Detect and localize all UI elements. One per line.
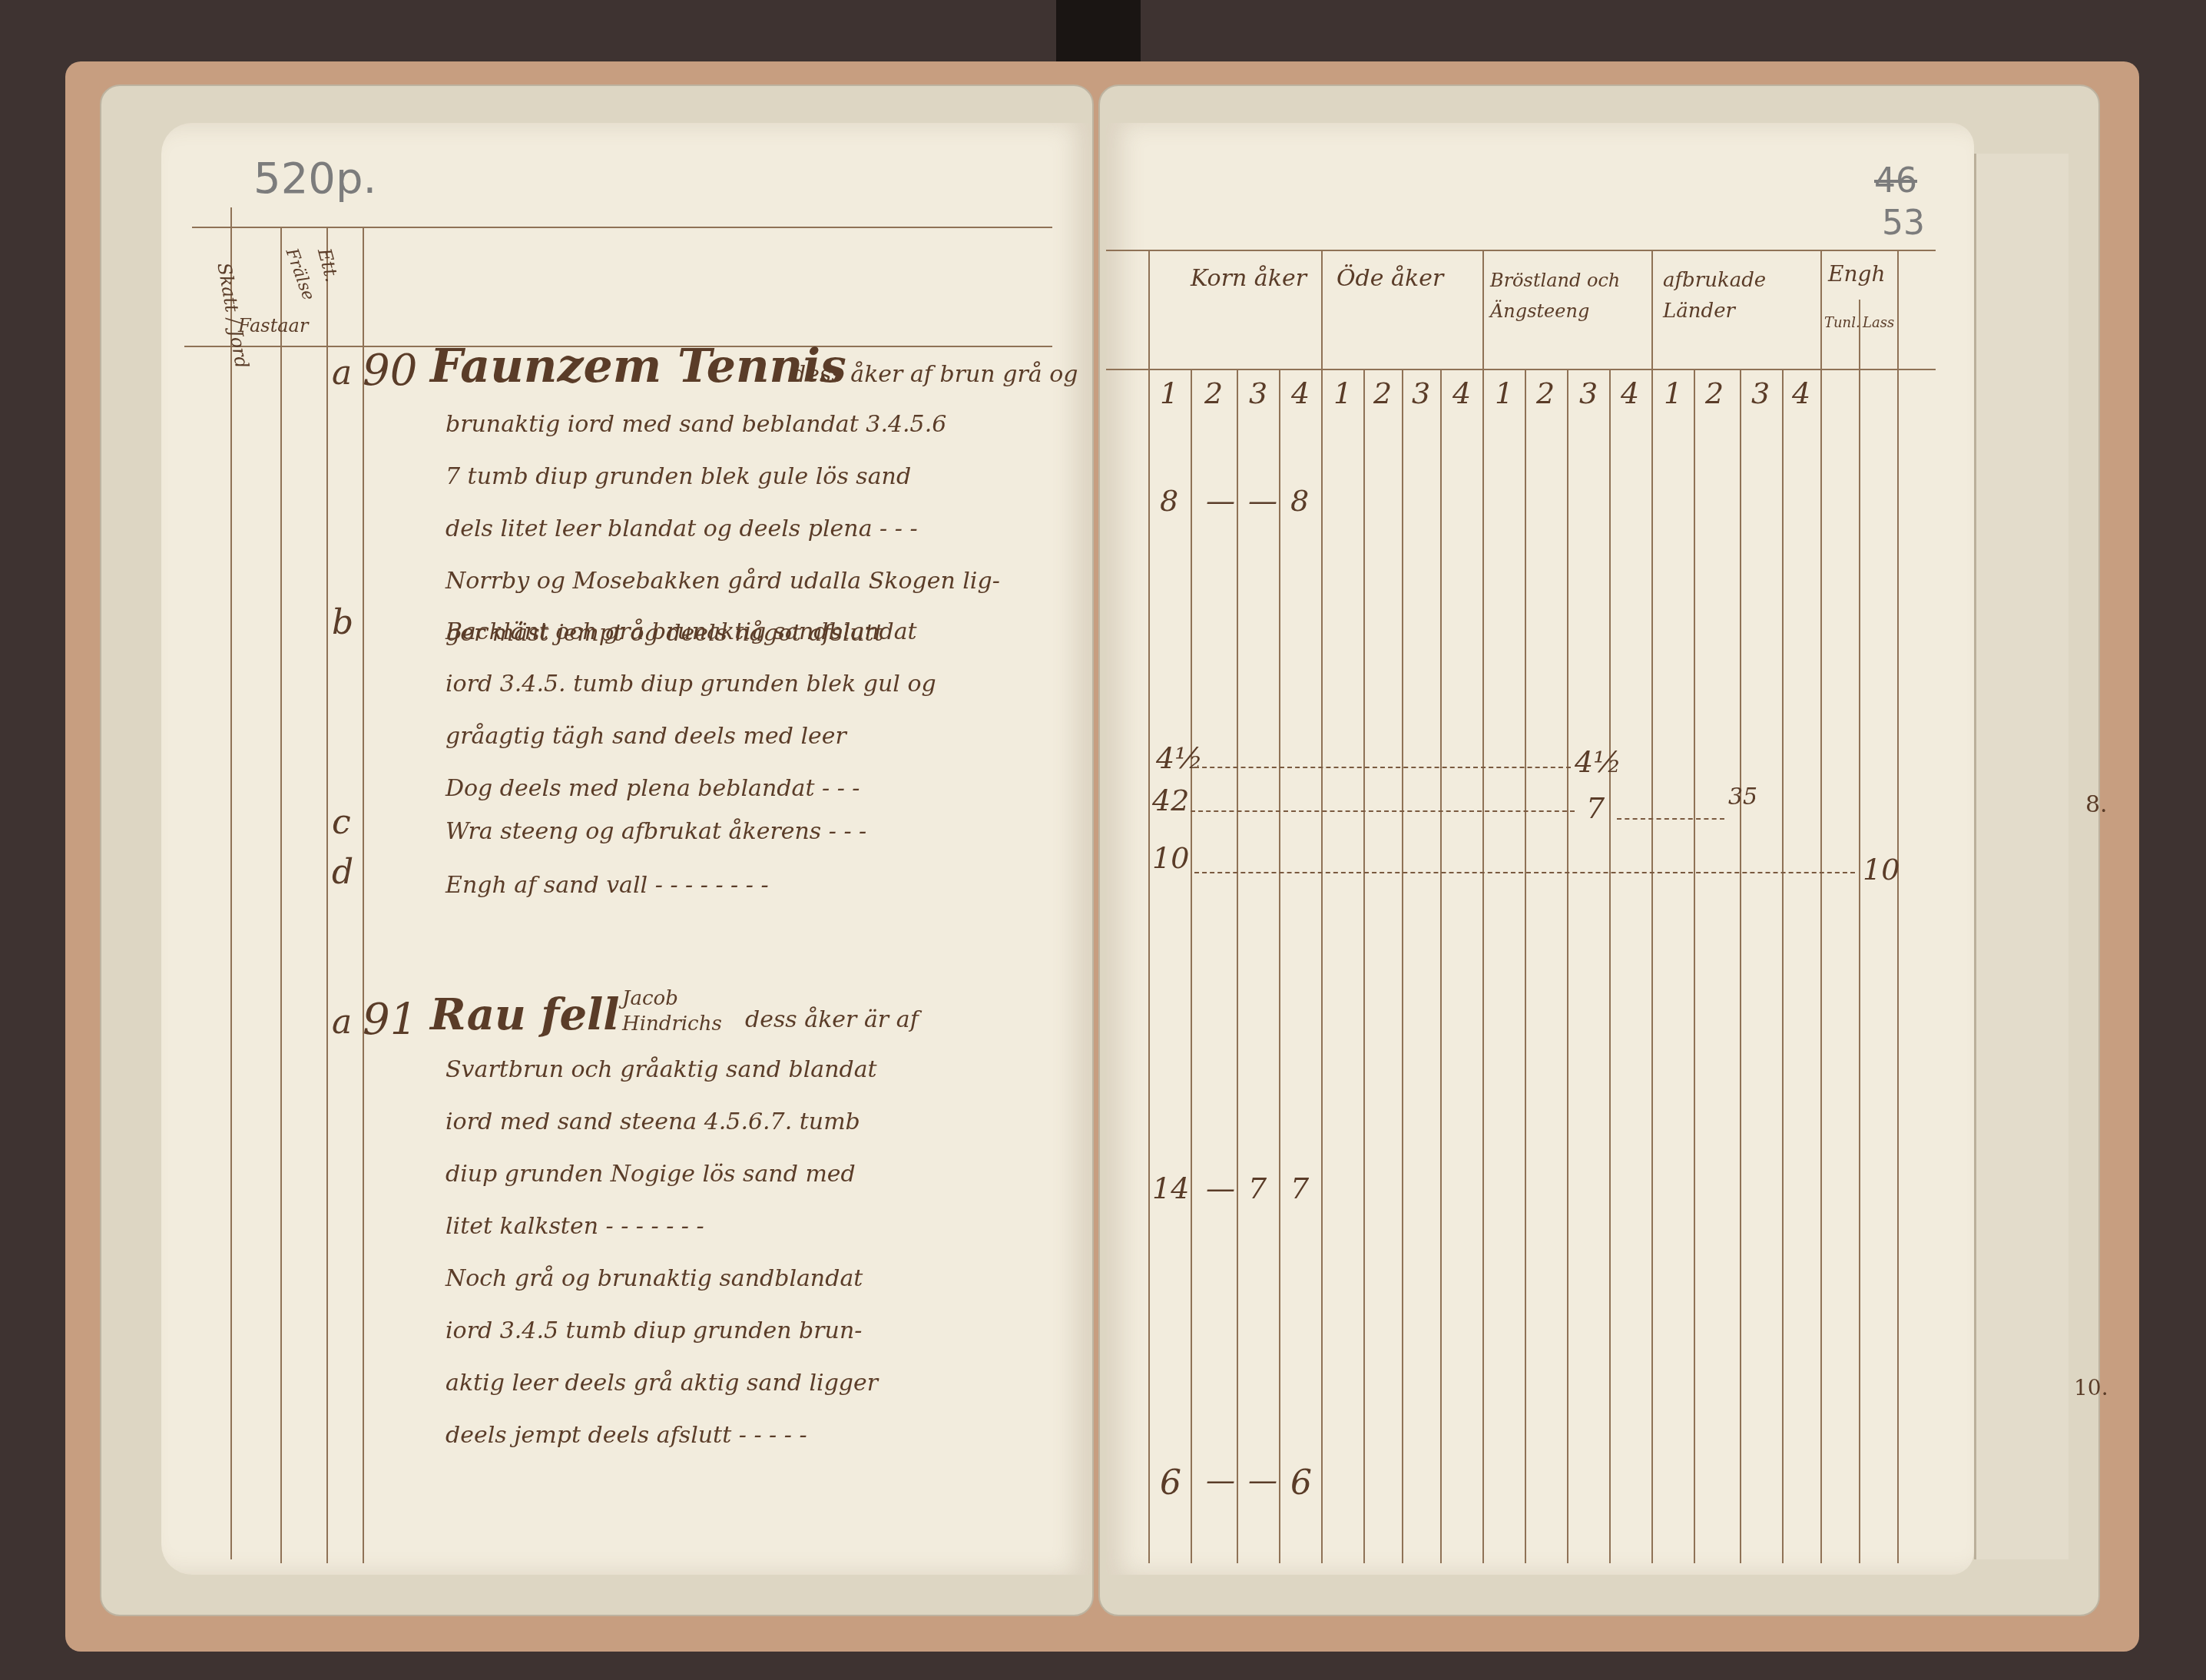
entry-name-90: Faunzem Tennis <box>430 340 846 393</box>
margin-note-10: 10. <box>2074 1375 2108 1400</box>
dash-leader <box>1191 810 1575 812</box>
pencil-folio-left: 520p. <box>253 154 376 204</box>
header-engh: Engh <box>1828 261 1885 287</box>
sub-korn-4: 4 <box>1285 376 1316 410</box>
value-91a2-c4: 6 <box>1290 1463 1312 1503</box>
pencil-folio-right: 53 <box>1882 204 1925 243</box>
dash-leader <box>1194 872 1855 873</box>
sub-korn-1: 1 <box>1154 376 1184 410</box>
part-letter-90a: a <box>332 353 352 393</box>
entry-number-91: 91 <box>363 995 417 1045</box>
column-rule <box>1525 369 1526 1563</box>
header-ett: Ett. <box>313 246 343 284</box>
column-rule <box>363 227 364 1563</box>
column-rule <box>1148 250 1150 1563</box>
column-rule <box>1237 369 1238 1563</box>
header-afbrukade: afbrukade Länder <box>1663 265 1817 326</box>
sub-brost-4: 4 <box>1615 376 1645 410</box>
sub-afbr-4: 4 <box>1786 376 1817 410</box>
column-rule <box>1651 250 1653 1563</box>
header-top-rule <box>1106 250 1936 251</box>
sub-afbr-1: 1 <box>1658 376 1688 410</box>
entry-number-90: 90 <box>363 346 417 396</box>
sub-ode-3: 3 <box>1406 376 1436 410</box>
value-90c-total: 42 <box>1152 784 1189 817</box>
column-rule <box>1440 369 1442 1563</box>
sub-afbr-3: 3 <box>1745 376 1776 410</box>
sub-korn-2: 2 <box>1198 376 1229 410</box>
sub-ode-2: 2 <box>1367 376 1398 410</box>
column-rule <box>1191 369 1192 1563</box>
sub-ode-1: 1 <box>1327 376 1358 410</box>
header-fastaar: Fastaar <box>238 315 308 336</box>
header-engh-lass: Lass <box>1863 315 1894 331</box>
header-brostland: Bröstland och Ängsteeng <box>1490 265 1644 326</box>
header-top-rule <box>192 227 1052 228</box>
column-rule <box>1482 250 1484 1563</box>
column-rule <box>230 207 232 1559</box>
value-91a2-total: 6 <box>1160 1463 1181 1503</box>
value-90c-afbrukade: 35 <box>1728 784 1757 810</box>
header-bottom-rule <box>1106 369 1936 370</box>
column-rule <box>280 227 282 1563</box>
left-page: 520p. Skatt / Jord Frälse Fastaar Ett. a… <box>161 123 1091 1575</box>
column-rule <box>1859 300 1860 1563</box>
dash-leader <box>1194 767 1571 768</box>
sub-brost-2: 2 <box>1530 376 1561 410</box>
value-90a-c4: 8 <box>1290 484 1309 518</box>
part-letter-90b: b <box>332 603 353 642</box>
value-90b-total: 4½ <box>1156 741 1203 775</box>
header-fralse: Frälse <box>282 246 319 303</box>
column-rule <box>1363 369 1365 1563</box>
column-rule <box>1402 369 1403 1563</box>
sub-ode-4: 4 <box>1446 376 1477 410</box>
pencil-folio-struck: 46 <box>1874 161 1917 200</box>
sub-afbr-2: 2 <box>1699 376 1730 410</box>
part-letter-90c: c <box>332 803 351 842</box>
value-91a1-total: 14 <box>1152 1171 1189 1205</box>
value-90c-brostland: 7 <box>1586 791 1605 825</box>
name-annotation-91-bottom: Hindrichs <box>622 1012 722 1036</box>
header-engh-tunl: Tunl. <box>1824 315 1860 331</box>
header-korn-aker: Korn åker <box>1191 265 1307 292</box>
name-annotation-91-top: Jacob <box>622 987 678 1010</box>
column-rule <box>1694 369 1695 1563</box>
sub-korn-3: 3 <box>1243 376 1274 410</box>
value-91a2-c2: — <box>1206 1463 1235 1497</box>
value-91a2-c3: — <box>1248 1463 1277 1497</box>
value-91a1-c2: — <box>1206 1171 1235 1205</box>
part-letter-90d: d <box>332 853 353 892</box>
sub-brost-3: 3 <box>1573 376 1604 410</box>
margin-note-8: 8. <box>2085 791 2108 818</box>
column-rule <box>1820 250 1822 1563</box>
value-91a1-c3: 7 <box>1248 1171 1267 1205</box>
column-rule <box>1279 369 1280 1563</box>
value-91a1-c4: 7 <box>1290 1171 1309 1205</box>
value-90d-total: 10 <box>1152 841 1189 875</box>
header-ode-aker: Öde åker <box>1337 265 1443 292</box>
value-90a-c2: — <box>1206 484 1235 518</box>
folded-page-edge <box>1974 154 2069 1559</box>
value-90a-total: 8 <box>1160 484 1178 518</box>
value-90b-brostland: 4½ <box>1575 745 1621 779</box>
column-rule <box>1321 250 1323 1563</box>
value-90a-c3: — <box>1248 484 1277 518</box>
column-rule <box>1609 369 1611 1563</box>
dash-leader <box>1617 818 1724 820</box>
column-rule <box>1782 369 1784 1563</box>
right-page: 46 53 Korn åker Öde åker Bröstland och Ä… <box>1106 123 1974 1575</box>
part-letter-91a: a <box>332 1002 352 1042</box>
value-90d-engh: 10 <box>1863 853 1900 886</box>
column-rule <box>1897 250 1899 1563</box>
column-rule <box>1567 369 1568 1563</box>
sub-brost-1: 1 <box>1489 376 1519 410</box>
column-rule <box>1740 369 1741 1563</box>
column-rule <box>326 227 328 1563</box>
entry-name-91: Rau fell <box>430 989 620 1040</box>
